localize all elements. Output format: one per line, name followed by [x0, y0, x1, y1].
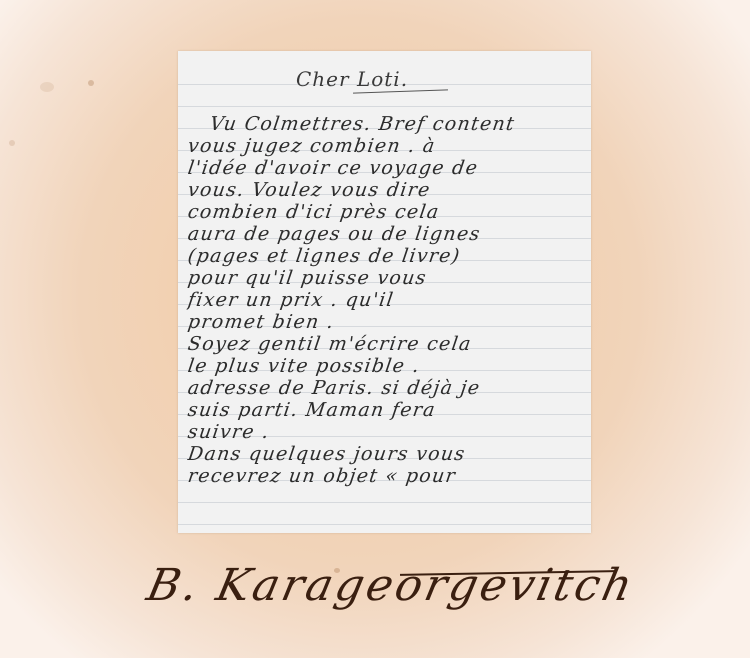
- letter-line: pour qu'il puisse vous: [186, 267, 584, 289]
- letter-line: vous. Voulez vous dire: [186, 179, 584, 201]
- letter-line: suivre .: [186, 421, 584, 443]
- paper-spot: [40, 82, 54, 92]
- letter-line: promet bien .: [186, 311, 584, 333]
- paper-spot: [88, 80, 94, 86]
- letter-line: aura de pages ou de lignes: [186, 223, 584, 245]
- letter-sheet: Cher Loti. Vu Colmettres. Bref content v…: [178, 51, 591, 533]
- letter-salutation: Cher Loti.: [296, 67, 408, 91]
- signature: B. Karageorgevitch: [140, 548, 626, 623]
- letter-body: Vu Colmettres. Bref content vous jugez c…: [188, 113, 583, 487]
- letter-line: le plus vite possible .: [186, 355, 584, 377]
- letter-line: fixer un prix . qu'il: [186, 289, 584, 311]
- letter-line: (pages et lignes de livre): [186, 245, 584, 267]
- letter-line: Vu Colmettres. Bref content: [186, 113, 584, 135]
- letter-line: adresse de Paris. si déjà je: [186, 377, 584, 399]
- letter-line: l'idée d'avoir ce voyage de: [186, 157, 584, 179]
- paper-spot: [9, 140, 15, 146]
- letter-line: Soyez gentil m'écrire cela: [186, 333, 584, 355]
- letter-line: suis parti. Maman fera: [186, 399, 584, 421]
- letter-line: recevrez un objet « pour: [186, 465, 584, 487]
- letter-line: combien d'ici près cela: [186, 201, 584, 223]
- letter-line: Dans quelques jours vous: [186, 443, 584, 465]
- letter-line: vous jugez combien . à: [186, 135, 584, 157]
